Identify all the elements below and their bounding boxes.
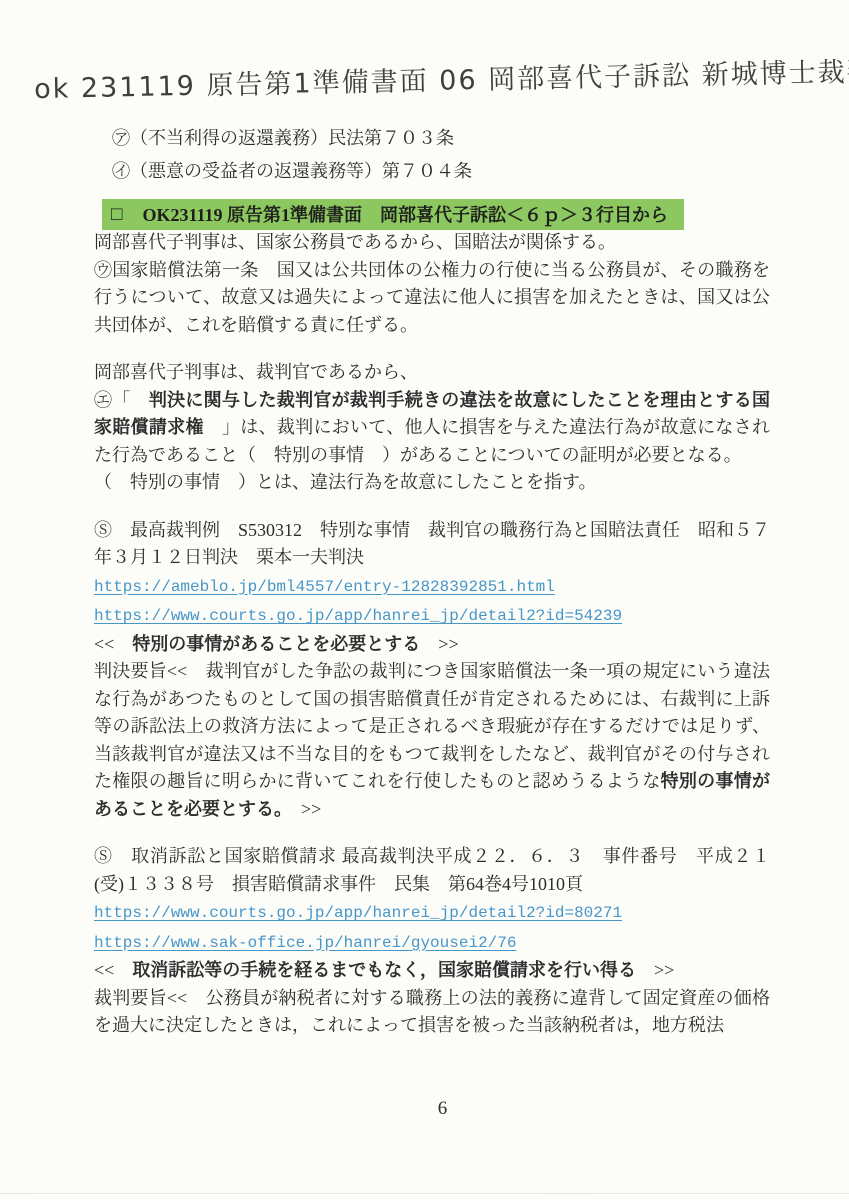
scanned-page: { "header": { "handwritten": "ok 231119 … — [0, 0, 849, 1200]
hyperlink[interactable]: https://www.courts.go.jp/app/hanrei_jp/d… — [94, 904, 622, 922]
hyperlink[interactable]: https://ameblo.jp/bml4557/entry-12828392… — [94, 578, 555, 596]
plain-text: >> — [636, 960, 674, 980]
plain-text: << — [94, 634, 132, 654]
link-line: https://www.sak-office.jp/hanrei/gyousei… — [94, 928, 770, 958]
highlight-bar: □ OK231119 原告第1準備書面 岡部喜代子訴訟＜６ｐ＞３行目から — [102, 199, 684, 230]
plain-text: ㋓「 — [94, 390, 149, 410]
plain-text: >> — [283, 799, 321, 819]
paragraph-gap — [94, 339, 770, 359]
statute-item-704: ㋑（悪意の受益者の返還義務等）第７０４条 — [112, 155, 472, 188]
emphasis-text: 取消訴訟等の手続を経るまでもなく，国家賠償請求を行い得る — [132, 960, 636, 980]
document-paragraph: 岡部喜代子判事は、裁判官であるから、 — [94, 359, 770, 387]
highlighted-heading-row: □ OK231119 原告第1準備書面 岡部喜代子訴訟＜６ｐ＞３行目から — [102, 199, 684, 230]
statute-item-703: ㋐（不当利得の返還義務）民法第７０３条 — [112, 122, 472, 155]
document-paragraph: ㋓「 判決に関与した裁判官が裁判手続きの違法を故意にしたことを理由とする国家賠償… — [94, 387, 770, 470]
checkbox-icon[interactable]: □ — [111, 205, 122, 224]
document-body: 岡部喜代子判事は、国家公務員であるから、国賠法が関係する。㋒国家賠償法第一条 国… — [94, 229, 770, 1040]
page-number: 6 — [0, 1098, 849, 1120]
link-line: https://www.courts.go.jp/app/hanrei_jp/d… — [94, 601, 770, 631]
emphasis-text: 特別の事情があることを必要とする — [132, 634, 420, 654]
document-paragraph: ㋒国家賠償法第一条 国又は公共団体の公権力の行使に当る公務員が、その職務を行うに… — [94, 257, 770, 340]
document-paragraph: Ⓢ 取消訴訟と国家賠償請求 最高裁判決平成２２．６．３ 事件番号 平成２１(受)… — [94, 843, 770, 898]
handwritten-header: ok 231119 原告第1準備書面 06 岡部喜代子訴訟 新城博士裁判官 — [34, 49, 849, 106]
link-line: https://ameblo.jp/bml4557/entry-12828392… — [94, 572, 770, 602]
plain-text: << — [94, 960, 132, 980]
document-paragraph: Ⓢ 最高裁判例 S530312 特別な事情 裁判官の職務行為と国賠法責任 昭和５… — [94, 517, 770, 572]
statute-list: ㋐（不当利得の返還義務）民法第７０３条 ㋑（悪意の受益者の返還義務等）第７０４条 — [112, 122, 472, 188]
plain-text: >> — [420, 634, 458, 654]
document-paragraph: 裁判要旨<< 公務員が納税者に対する職務上の法的義務に違背して固定資産の価格を過… — [94, 985, 770, 1040]
document-paragraph: （ 特別の事情 ）とは、違法行為を故意にしたことを指す。 — [94, 469, 770, 497]
link-line: https://www.courts.go.jp/app/hanrei_jp/d… — [94, 898, 770, 928]
paragraph-gap — [94, 823, 770, 843]
hyperlink[interactable]: https://www.courts.go.jp/app/hanrei_jp/d… — [94, 607, 622, 625]
document-paragraph: 判決要旨<< 裁判官がした争訟の裁判につき国家賠償法一条一項の規定にいう違法な行… — [94, 658, 770, 823]
hyperlink[interactable]: https://www.sak-office.jp/hanrei/gyousei… — [94, 934, 516, 952]
document-paragraph: 岡部喜代子判事は、国家公務員であるから、国賠法が関係する。 — [94, 229, 770, 257]
document-paragraph: << 取消訴訟等の手続を経るまでもなく，国家賠償請求を行い得る >> — [94, 957, 770, 985]
scan-edge-line — [0, 1193, 849, 1194]
highlighted-heading-label: OK231119 原告第1準備書面 岡部喜代子訴訟＜６ｐ＞３行目から — [142, 201, 668, 227]
document-paragraph: << 特別の事情があることを必要とする >> — [94, 631, 770, 659]
paragraph-gap — [94, 497, 770, 517]
